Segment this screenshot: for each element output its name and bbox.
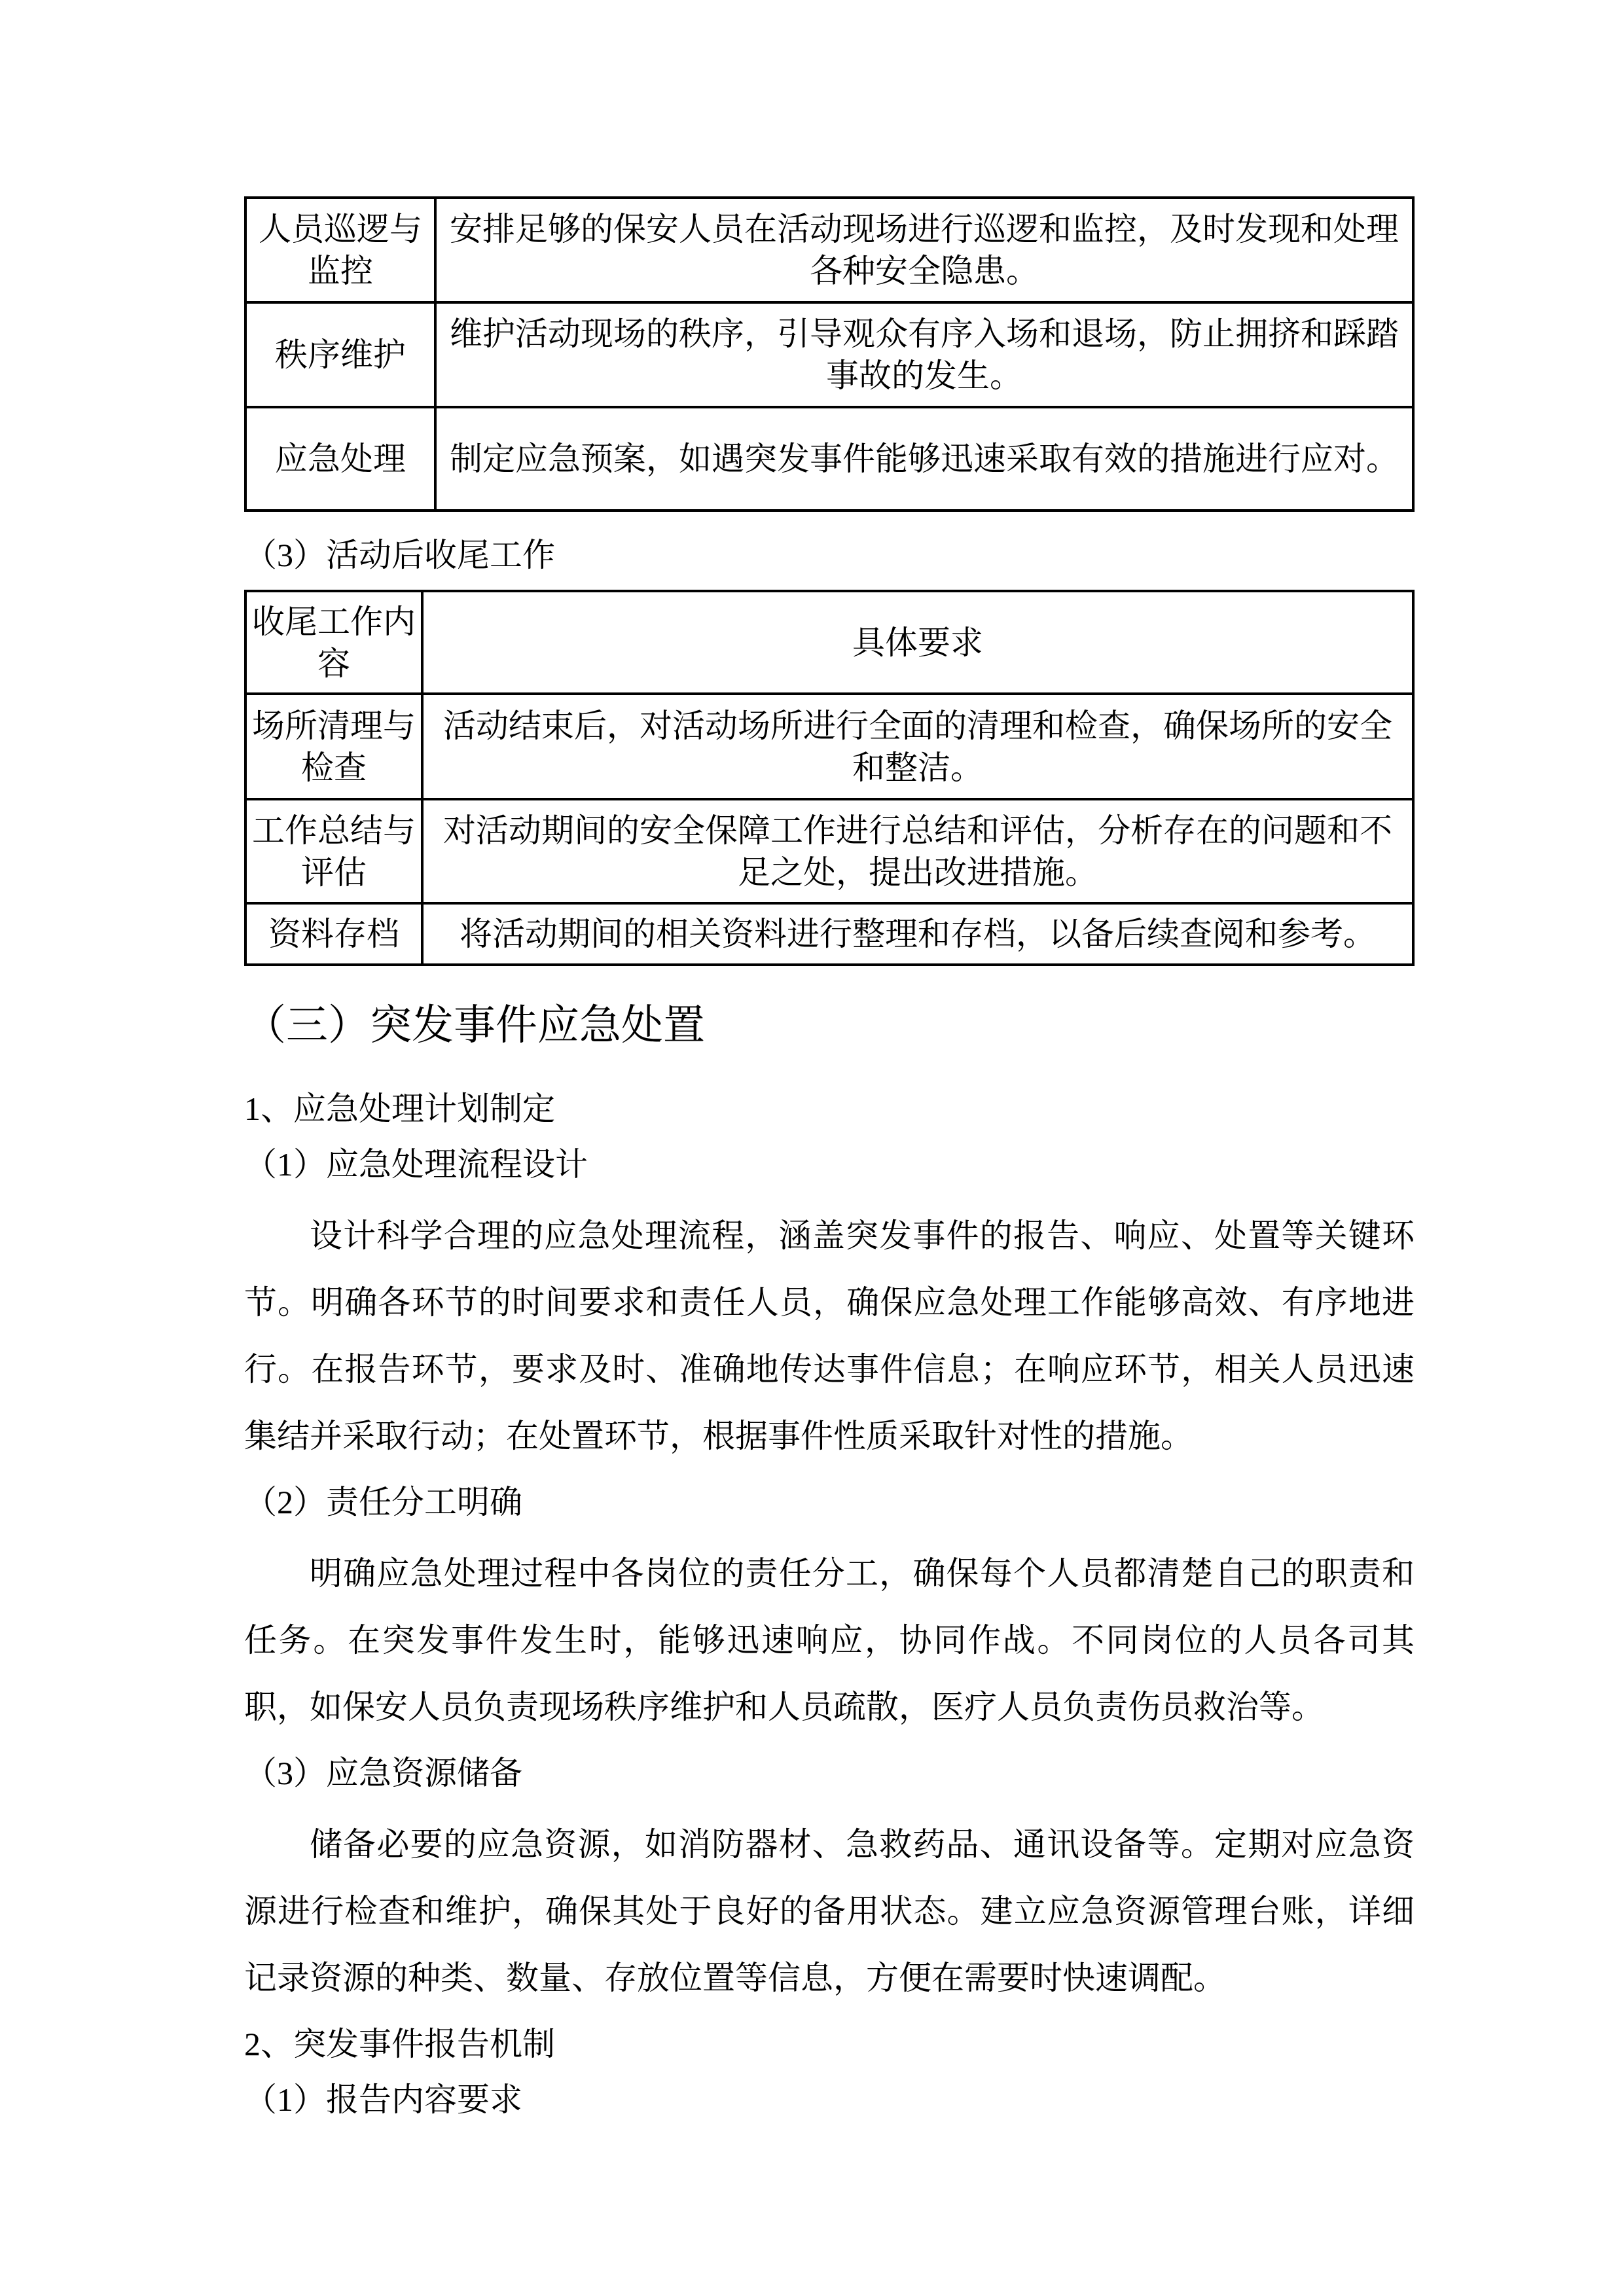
row-desc-cell: 维护活动现场的秩序，引导观众有序入场和退场，防止拥挤和踩踏事故的发生。	[435, 302, 1413, 407]
sub-heading-resource-reserve: （3）应急资源储备	[244, 1746, 1415, 1801]
row-desc-cell: 安排足够的保安人员在活动现场进行巡逻和监控，及时发现和处理各种安全隐患。	[435, 198, 1413, 302]
security-measures-table: 人员巡逻与监控 安排足够的保安人员在活动现场进行巡逻和监控，及时发现和处理各种安…	[244, 196, 1415, 512]
wrapup-work-table: 收尾工作内容 具体要求 场所清理与检查 活动结束后，对活动场所进行全面的清理和检…	[244, 590, 1415, 966]
table-row: 秩序维护 维护活动现场的秩序，引导观众有序入场和退场，防止拥挤和踩踏事故的发生。	[245, 302, 1413, 407]
table-row: 工作总结与评估 对活动期间的安全保障工作进行总结和评估，分析存在的问题和不足之处…	[245, 799, 1413, 903]
body-paragraph-responsibility: 明确应急处理过程中各岗位的责任分工，确保每个人员都清楚自己的职责和任务。在突发事…	[244, 1540, 1415, 1740]
row-label-cell: 应急处理	[245, 407, 435, 511]
numbered-heading-plan: 1、应急处理计划制定	[244, 1081, 1415, 1137]
row-desc-cell: 活动结束后，对活动场所进行全面的清理和检查，确保场所的安全和整洁。	[422, 694, 1413, 799]
sub-section-heading-wrapup: （3）活动后收尾工作	[244, 528, 1415, 583]
row-label-cell: 场所清理与检查	[245, 694, 422, 799]
row-label-cell: 人员巡逻与监控	[245, 198, 435, 302]
section-heading-emergency-response: （三）突发事件应急处置	[244, 994, 1415, 1056]
table-row: 应急处理 制定应急预案，如遇突发事件能够迅速采取有效的措施进行应对。	[245, 407, 1413, 511]
document-page: 人员巡逻与监控 安排足够的保安人员在活动现场进行巡逻和监控，及时发现和处理各种安…	[0, 0, 1624, 2296]
row-label-cell: 工作总结与评估	[245, 799, 422, 903]
row-desc-cell: 对活动期间的安全保障工作进行总结和评估，分析存在的问题和不足之处，提出改进措施。	[422, 799, 1413, 903]
numbered-heading-reporting: 2、突发事件报告机制	[244, 2017, 1415, 2072]
sub-heading-process-design: （1）应急处理流程设计	[244, 1137, 1415, 1193]
row-label-cell: 资料存档	[245, 903, 422, 965]
row-desc-cell: 将活动期间的相关资料进行整理和存档，以备后续查阅和参考。	[422, 903, 1413, 965]
table-row: 资料存档 将活动期间的相关资料进行整理和存档，以备后续查阅和参考。	[245, 903, 1413, 965]
body-paragraph-process-design: 设计科学合理的应急处理流程，涵盖突发事件的报告、响应、处置等关键环节。明确各环节…	[244, 1202, 1415, 1469]
body-paragraph-resource-reserve: 储备必要的应急资源，如消防器材、急救药品、通讯设备等。定期对应急资源进行检查和维…	[244, 1811, 1415, 2011]
page-content: 人员巡逻与监控 安排足够的保安人员在活动现场进行巡逻和监控，及时发现和处理各种安…	[244, 196, 1415, 2128]
sub-heading-responsibility: （2）责任分工明确	[244, 1475, 1415, 1530]
column-header-requirements: 具体要求	[422, 591, 1413, 694]
column-header-content: 收尾工作内容	[245, 591, 422, 694]
row-desc-cell: 制定应急预案，如遇突发事件能够迅速采取有效的措施进行应对。	[435, 407, 1413, 511]
sub-heading-report-content: （1）报告内容要求	[244, 2072, 1415, 2128]
table-row: 场所清理与检查 活动结束后，对活动场所进行全面的清理和检查，确保场所的安全和整洁…	[245, 694, 1413, 799]
table-header-row: 收尾工作内容 具体要求	[245, 591, 1413, 694]
table-row: 人员巡逻与监控 安排足够的保安人员在活动现场进行巡逻和监控，及时发现和处理各种安…	[245, 198, 1413, 302]
row-label-cell: 秩序维护	[245, 302, 435, 407]
